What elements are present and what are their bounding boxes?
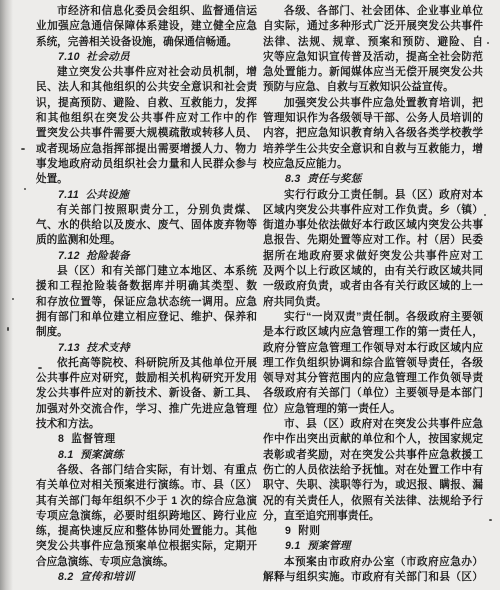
scan-speck: [484, 214, 486, 216]
text-line: 管理知识作为各级领导干部、公务人员培训的重要: [263, 111, 483, 126]
text-line: 息报告、先期处置等应对工作。村（居）民委员会根: [263, 233, 483, 248]
text-line: 置突发公共事件需要大规模疏散或转移人员、物资，: [36, 126, 257, 141]
text-line: 发公共事件应对的新技术、新设备、新工具、新方法。: [36, 386, 257, 401]
text-line: 气、水的供给以及废水、废气、固体废弃物等有害物: [36, 218, 257, 233]
section-heading: 7.10 社会动员: [36, 50, 257, 65]
scan-speck: [12, 298, 14, 300]
scan-speck: [38, 367, 42, 369]
text-line: 处置。: [36, 172, 257, 187]
text-line: 分，直至追究刑事责任。: [263, 509, 483, 524]
text-line: 加强对外交流合作，学习、推广先进应急管理知识、: [36, 402, 257, 417]
text-line: 其有关部门每年组织不少于 1 次的综合应急演练或: [36, 494, 257, 509]
text-line: 一级政府负责，或者由各有关行政区域的上一级政: [263, 279, 483, 294]
section-heading: 8 监督管理: [36, 432, 257, 447]
text-line: 自实际，通过多种形式广泛开展突发公共事件应对: [263, 19, 483, 34]
text-line: 有关部门按照职责分工，分别负责煤、电、油、: [36, 203, 257, 218]
text-line: 民、法人和其他组织的公共安全意识和社会责任意: [36, 80, 257, 95]
text-line: 拥有部门和单位建立相应登记、维护、保养和调用等: [36, 310, 257, 325]
text-line: 府共同负责。: [263, 295, 483, 310]
text-column-left: 市经济和信息化委员会组织、监督通信运营企业加强应急通信保障体系建设，建立健全应急…: [36, 4, 257, 586]
section-heading: 8.1 预案演练: [36, 448, 257, 463]
section-heading: 7.11 公共设施: [36, 188, 257, 203]
text-line: 援和工程抢险装备数据库并明确其类型、数量、性能: [36, 279, 257, 294]
text-line: 据所在地政府要求做好突发公共事件应对工作。涉: [263, 249, 483, 264]
scan-edge-shadow: [0, 0, 13, 590]
scan-speck: [7, 327, 9, 331]
text-line: 理工作负组织协调和综合监管领导责任，各级政府: [263, 356, 483, 371]
text-line: 有关单位对相关预案进行演练。市、县（区）政府及: [36, 478, 257, 493]
text-line: 练，提高快速反应和整体协同处置能力。其他制定: [36, 524, 257, 539]
text-line: 市经济和信息化委员会组织、监督通信运营企: [36, 4, 257, 19]
text-line: 各级政府有关部门（单位）主要领导是本部门（单: [263, 386, 483, 401]
text-line: 依托高等院校、科研院所及其他单位开展突发: [36, 356, 257, 371]
text-line: 况的有关责任人，依照有关法律、法规给予行政处: [263, 494, 483, 509]
text-line: 法律、法规、规章、预案和预防、避险、自救、互救、减: [263, 35, 483, 50]
section-heading: 8.2 宣传和培训: [36, 570, 257, 585]
text-line: 突发公共事件应急预案单位根据实际，定期开展综: [36, 539, 257, 554]
text-line: 作中作出突出贡献的单位和个人，按国家规定给予: [263, 432, 483, 447]
section-heading: 8.3 责任与奖惩: [263, 172, 483, 187]
text-line: 校应急反应能力。: [263, 157, 483, 172]
section-heading: 7.12 抢险装备: [36, 249, 257, 264]
text-line: 急处置能力。新闻媒体应当无偿开展突发公共事件: [263, 65, 483, 80]
text-line: 解释与组织实施。市政府有关部门和县（区）政府: [263, 570, 483, 585]
scan-speck: [21, 148, 25, 150]
scan-speck: [489, 519, 492, 521]
text-line: 市、县（区）政府对在突发公共事件应急救援工: [263, 417, 483, 432]
text-line: 领导对其分管范围内的应急管理工作负领导责任，: [263, 371, 483, 386]
text-line: 位）应急管理的第一责任人。: [263, 402, 483, 417]
text-line: 灾等应急知识宣传普及活动，提高全社会防范和应: [263, 50, 483, 65]
text-line: 质的监测和处理。: [36, 233, 257, 248]
text-line: 各级、各部门、社会团体、企业事业单位结合各: [263, 4, 483, 19]
text-line: 政府分管应急管理工作领导对本行政区域内应急管: [263, 341, 483, 356]
text-line: 预防与应急、自救与互救知识公益宣传。: [263, 80, 483, 95]
text-line: 建立突发公共事件应对社会动员机制，增强公: [36, 65, 257, 80]
text-line: 本预案由市政府办公室（市政府应急办）负责: [263, 555, 483, 570]
text-column-right: 各级、各部门、社会团体、企业事业单位结合各自实际，通过多种形式广泛开展突发公共事…: [263, 4, 483, 586]
text-line: 技术和方法。: [36, 417, 257, 432]
text-line: 是本行政区域内应急管理工作的第一责任人，各级: [263, 325, 483, 340]
section-heading: 7.13 技术支持: [36, 341, 257, 356]
text-line: 识，提高预防、避险、自救、互救能力，发挥公民、法人: [36, 96, 257, 111]
text-line: 及两个以上行政区域的，由有关行政区域共同的上: [263, 264, 483, 279]
text-line: 和其他组织在突发公共事件应对工作中的作用。处: [36, 111, 257, 126]
text-line: 加强突发公共事件应急处置教育培训，把应急: [263, 96, 483, 111]
text-line: 合应急演练、专项应急演练。: [36, 555, 257, 570]
text-line: 专项应急演练，必要时组织跨地区、跨行业应急演: [36, 509, 257, 524]
scan-speck: [24, 188, 26, 190]
text-line: 业加强应急通信保障体系建设，建立健全应急通信: [36, 19, 257, 34]
text-line: 实行“一岗双责”责任制。各级政府主要领导: [263, 310, 483, 325]
text-line: 各级、各部门结合实际，有计划、有重点地组织: [36, 463, 257, 478]
text-line: 区域内突发公共事件应对工作负责。乡（镇）政府、: [263, 203, 483, 218]
text-line: 公共事件应对研究，鼓励相关机构研究开发用于突: [36, 371, 257, 386]
scanned-document-page: 市经济和信息化委员会组织、监督通信运营企业加强应急通信保障体系建设，建立健全应急…: [0, 0, 500, 590]
text-line: 内容，把应急知识教育纳入各级各类学校教学内容，: [263, 126, 483, 141]
scan-speck: [487, 42, 489, 44]
text-line: 表彰或者奖励，对在突发公共事件应急救援工作中: [263, 448, 483, 463]
text-line: 或者现场应急指挥部提出需要增援人力、物力时，由: [36, 142, 257, 157]
text-line: 制度。: [36, 325, 257, 340]
text-line: 伤亡的人员依法给予抚恤。对在处置工作中有玩忽: [263, 463, 483, 478]
text-line: 县（区）和有关部门建立本地区、本系统现场救: [36, 264, 257, 279]
text-line: 街道办事处依法做好本行政区域内突发公共事件信: [263, 218, 483, 233]
section-heading: 9.1 预案管理: [263, 539, 483, 554]
text-line: 事发地政府动员组织社会力量和人民群众参与应急: [36, 157, 257, 172]
scan-speck: [41, 397, 43, 399]
text-line: 实行行政分工责任制。县（区）政府对本行政: [263, 188, 483, 203]
text-line: 培养学生公共安全意识和自救与互救能力，增强学: [263, 142, 483, 157]
text-line: 系统，完善相关设备设施，确保通信畅通。: [36, 35, 257, 50]
section-heading: 9 附则: [263, 524, 483, 539]
text-line: 和存放位置等，保证应急状态统一调用。应急装备: [36, 295, 257, 310]
text-line: 职守、失职、渎职等行为，或迟报、瞒报、漏报重要情: [263, 478, 483, 493]
